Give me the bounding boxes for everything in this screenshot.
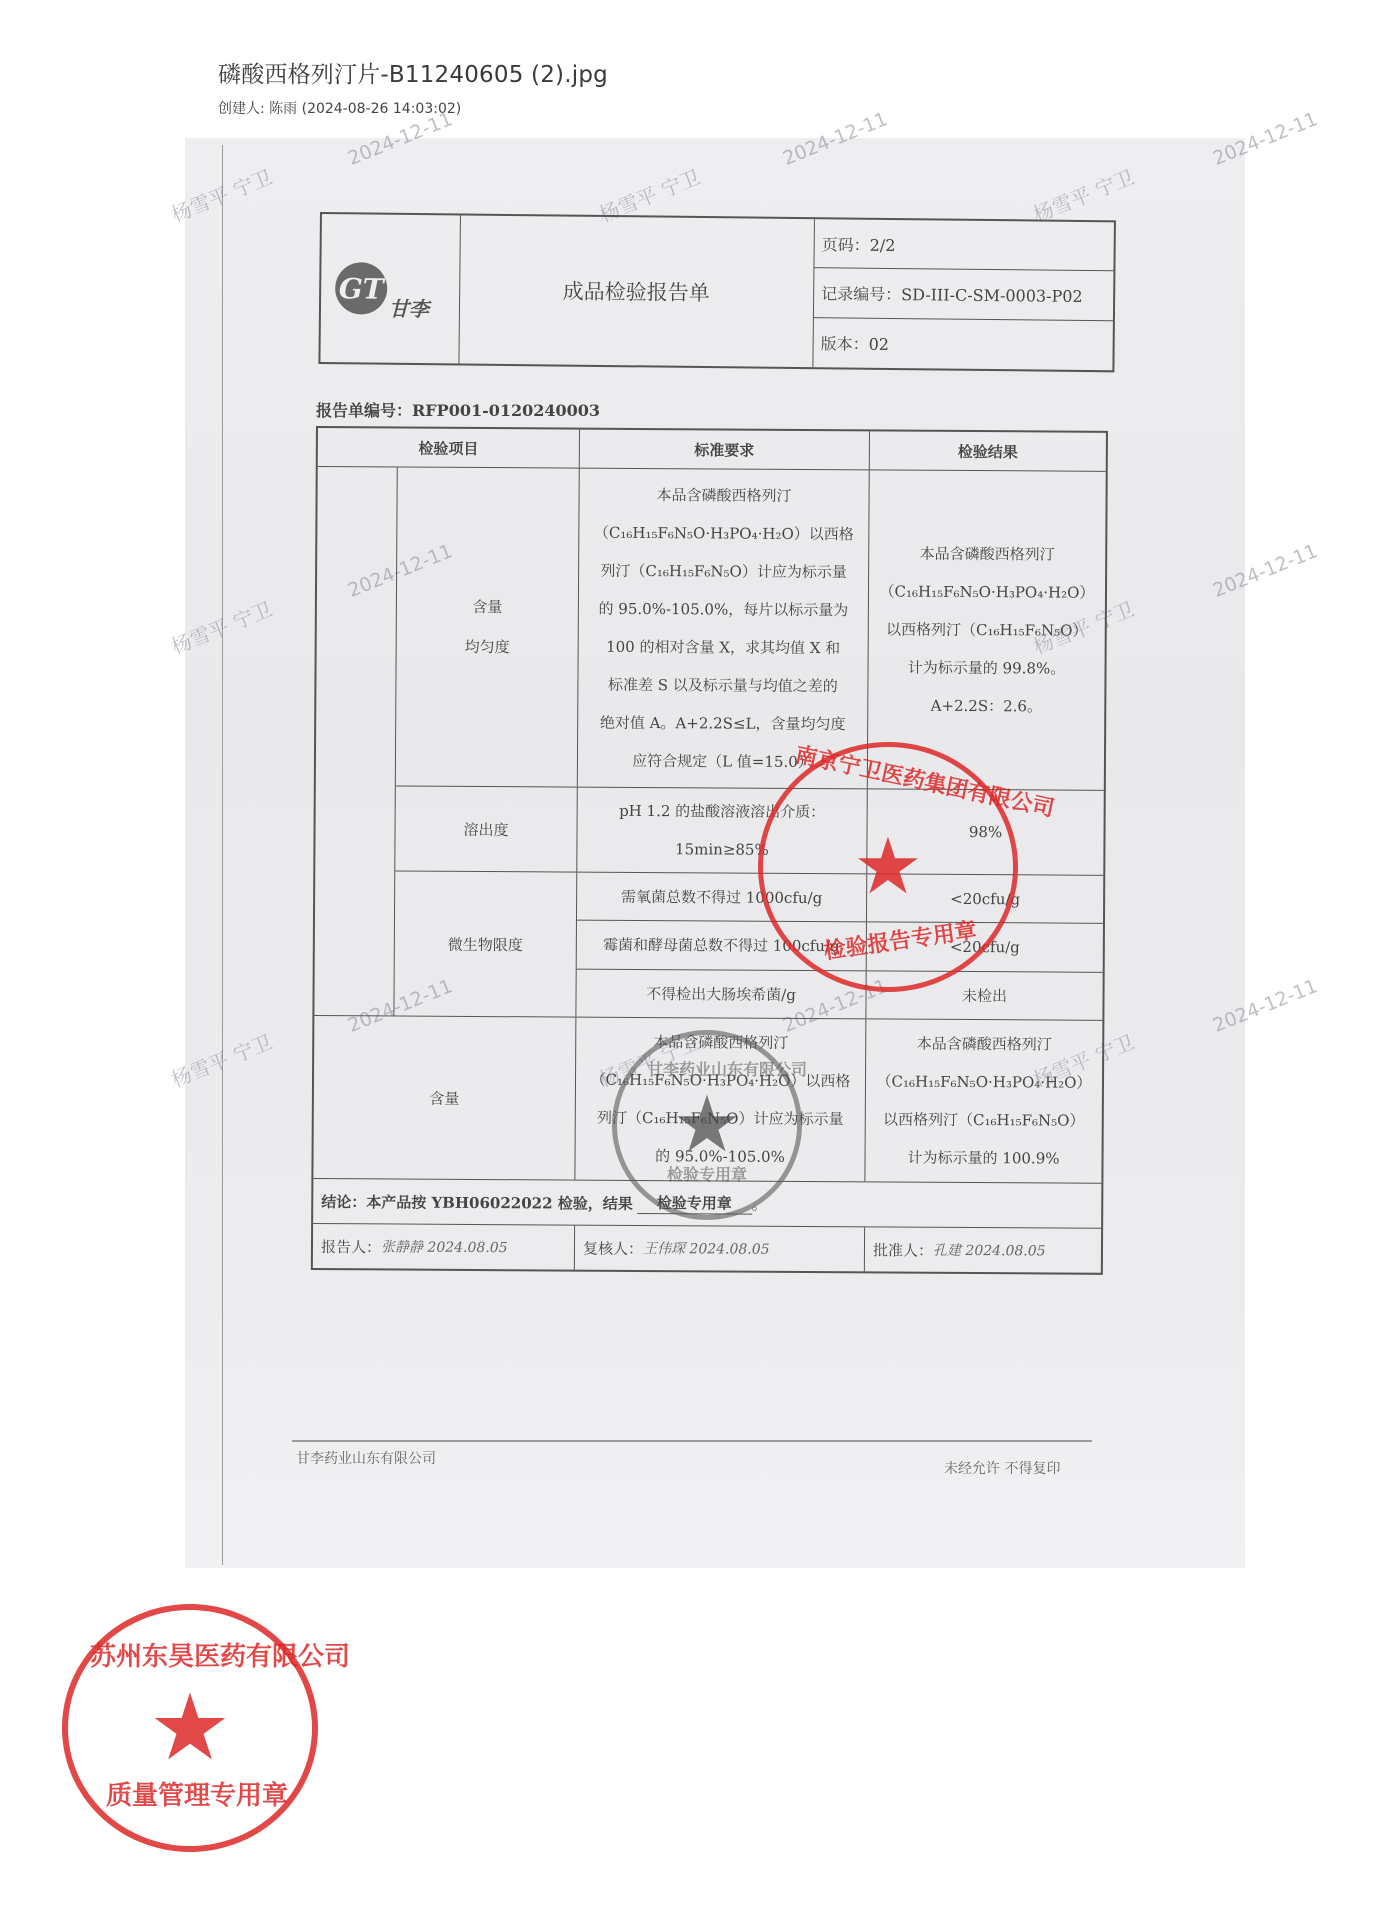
stamp-text: 检验报告专用章 bbox=[822, 913, 979, 965]
reporter-label: 报告人： bbox=[321, 1236, 381, 1257]
company-logo-icon: GT bbox=[335, 262, 388, 315]
page-number: 页码：2/2 bbox=[813, 219, 1113, 271]
standard-line: 列汀（C₁₆H₁₅F₆N₅O）计应为标示量 bbox=[600, 552, 847, 592]
column-header-item: 检验项目 bbox=[318, 428, 580, 468]
stamp-text: 质量管理专用章 bbox=[106, 1775, 288, 1812]
standard-line: 绝对值 A。A+2.2S≤L，含量均匀度 bbox=[600, 704, 846, 744]
file-creator-meta: 创建人: 陈雨 (2024-08-26 14:03:02) bbox=[218, 98, 461, 118]
standard-line: 的 95.0%-105.0%，每片以标示量为 bbox=[598, 590, 848, 630]
item-name: 均匀度 bbox=[465, 627, 510, 667]
standard-line: （C₁₆H₁₅F₆N₅O·H₃PO₄·H₂O）以西格 bbox=[594, 514, 854, 554]
conclusion-text: 结论：本产品按 YBH06022022 检验，结果 bbox=[321, 1191, 633, 1214]
stamp-text: 甘李药业山东有限公司 bbox=[647, 1057, 807, 1080]
version: 版本：02 bbox=[812, 318, 1112, 370]
paper-fold-line bbox=[222, 145, 223, 1565]
standard-line: 标准差 S 以及标示量与均值之差的 bbox=[608, 666, 838, 705]
document-title-cell: 成品检验报告单 bbox=[458, 215, 815, 367]
logo-cell: GT 甘李 bbox=[320, 214, 461, 363]
quality-stamp-red: ★ 苏州东昊医药有限公司 质量管理专用章 bbox=[62, 1604, 318, 1852]
company-stamp-gray: ★ 甘李药业山东有限公司 检验专用章 bbox=[612, 1030, 802, 1220]
footer-divider bbox=[292, 1440, 1092, 1442]
document-title: 成品检验报告单 bbox=[563, 276, 710, 308]
result-line: 以西格列汀（C₁₆H₁₅F₆N₅O） bbox=[883, 1100, 1085, 1139]
table-row-uniformity: 含量 均匀度 本品含磷酸西格列汀 （C₁₆H₁₅F₆N₅O·H₃PO₄·H₂O）… bbox=[396, 468, 1106, 791]
company-logo-text: 甘李 bbox=[389, 293, 429, 322]
standard-line: 应符合规定（L 值=15.0） bbox=[632, 742, 813, 781]
standard-line: 本品含磷酸西格列汀 bbox=[656, 476, 791, 515]
result-line: 计为标示量的 100.9% bbox=[907, 1139, 1059, 1178]
item-name: 微生物限度 bbox=[394, 871, 577, 1016]
star-icon: ★ bbox=[149, 1682, 231, 1774]
approver-signature: 孔建 2024.08.05 bbox=[933, 1240, 1046, 1261]
reviewer-signature: 王伟琛 2024.08.05 bbox=[643, 1238, 770, 1259]
group-spacer-cell bbox=[314, 467, 397, 1015]
standard-line: 15min≥85% bbox=[675, 830, 769, 869]
footer-notice: 未经允许 不得复印 bbox=[944, 1458, 1060, 1478]
footer-company: 甘李药业山东有限公司 bbox=[296, 1448, 436, 1468]
item-name: 含量 bbox=[472, 587, 502, 627]
star-icon: ★ bbox=[672, 1086, 742, 1164]
inspection-stamp-red: ★ 南京宁卫医药集团有限公司 检验报告专用章 bbox=[758, 742, 1018, 992]
column-header-result: 检验结果 bbox=[870, 431, 1106, 470]
standard-line: 100 的相对含量 X，求其均值 X 和 bbox=[606, 628, 840, 667]
result-line: 计为标示量的 99.8%。 bbox=[908, 649, 1066, 688]
result-line: （C₁₆H₁₅F₆N₅O·H₃PO₄·H₂O） bbox=[879, 572, 1094, 611]
result-line: 本品含磷酸西格列汀 bbox=[917, 1025, 1052, 1064]
result-line: 以西格列汀（C₁₆H₁₅F₆N₅O） bbox=[886, 610, 1088, 649]
reviewer-label: 复核人： bbox=[583, 1237, 643, 1258]
column-header-standard: 标准要求 bbox=[580, 430, 870, 470]
table-header-row: 检验项目 标准要求 检验结果 bbox=[318, 428, 1106, 472]
file-title: 磷酸西格列汀片-B11240605 (2).jpg bbox=[218, 56, 608, 89]
stamp-text: 苏州东昊医药有限公司 bbox=[90, 1636, 350, 1673]
star-icon: ★ bbox=[853, 828, 923, 906]
document-meta: 页码：2/2 记录编号：SD-III-C-SM-0003-P02 版本：02 bbox=[812, 219, 1114, 370]
reporter-signature: 张静静 2024.08.05 bbox=[381, 1236, 508, 1257]
item-name: 含量 bbox=[313, 1016, 576, 1180]
item-name: 溶出度 bbox=[395, 786, 578, 871]
result-line: A+2.2S：2.6。 bbox=[930, 687, 1042, 726]
record-number: 记录编号：SD-III-C-SM-0003-P02 bbox=[813, 268, 1113, 320]
result-line: 本品含磷酸西格列汀 bbox=[920, 535, 1055, 574]
stamp-text: 检验专用章 bbox=[667, 1162, 747, 1185]
document-header: GT 甘李 成品检验报告单 页码：2/2 记录编号：SD-III-C-SM-00… bbox=[318, 212, 1116, 372]
result-line: （C₁₆H₁₅F₆N₅O·H₃PO₄·H₂O） bbox=[876, 1062, 1091, 1101]
signature-row: 报告人： 张静静 2024.08.05 复核人： 王伟琛 2024.08.05 … bbox=[313, 1224, 1101, 1273]
report-number: 报告单编号：RFP001-0120240003 bbox=[316, 398, 600, 421]
standard-line: 不得检出大肠埃希菌/g bbox=[576, 969, 866, 1018]
approver-label: 批准人： bbox=[873, 1239, 933, 1260]
